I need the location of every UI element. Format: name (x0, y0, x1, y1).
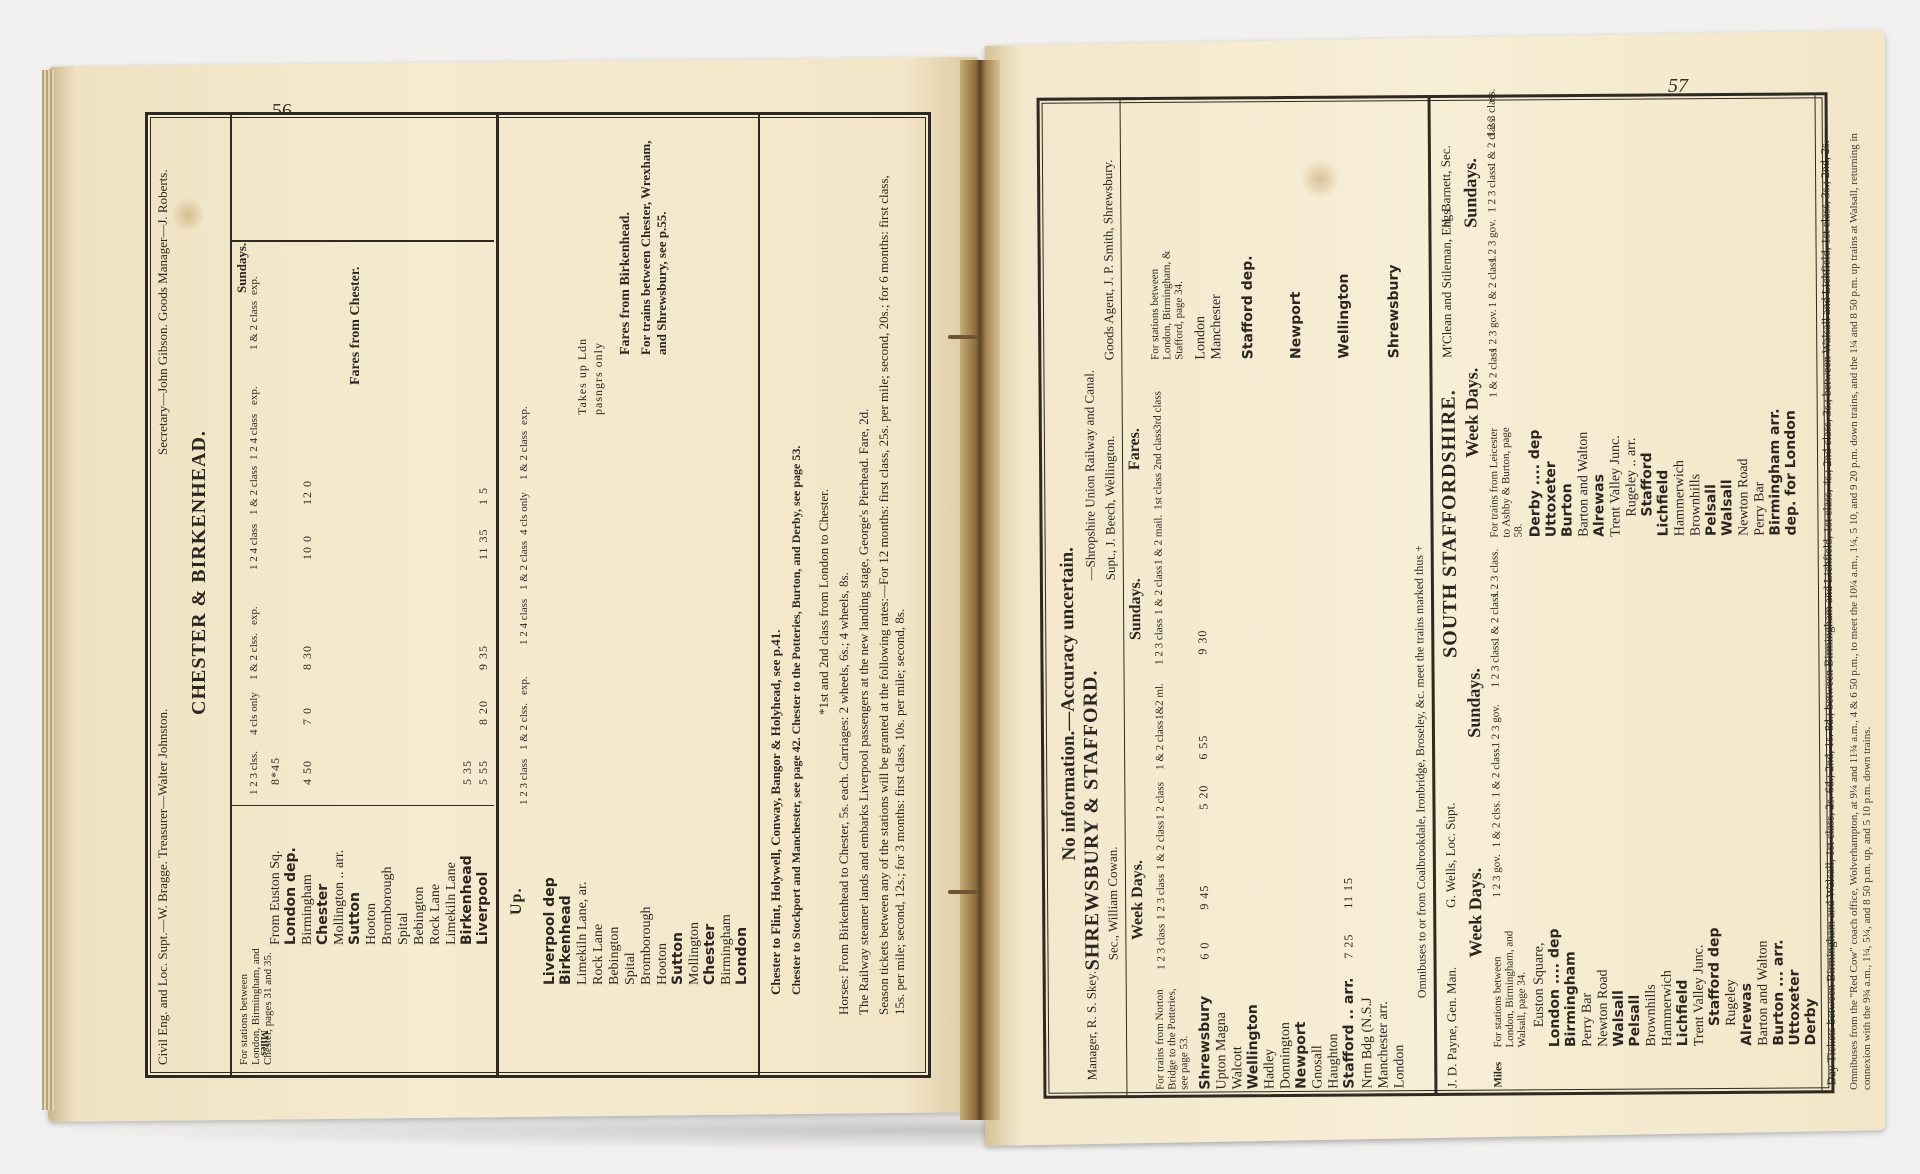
down-time: 8 20 (476, 700, 490, 725)
sundays-divider (232, 240, 494, 242)
ss-col-header: 1 & 2 class. (1489, 591, 1501, 643)
ss-station-alrewas: Alrewas (1740, 983, 1755, 1046)
up-col-header: 1 2 3 class (518, 759, 530, 805)
up-col-header: 4 cls only (518, 492, 530, 535)
station-mollington: Mollington .. arr. (332, 850, 347, 945)
ss-col-header: 1 2 3 class (1155, 874, 1167, 920)
ss-time: 7 25 (1341, 934, 1355, 959)
ss-station-newton-road: Newton Road (1596, 969, 1612, 1046)
station-up-bromborough: Bromborough (639, 906, 654, 985)
station-liverpool: Liverpool (476, 872, 491, 945)
up-station: Newport (1289, 292, 1304, 359)
ss-station-lichfield: Lichfield (1676, 980, 1691, 1047)
ss-time: 5 20 (1196, 785, 1210, 810)
down-col-header: 1 & 2 class (248, 466, 260, 515)
ss-station-uttoxeter: Uttoxeter (1788, 969, 1804, 1045)
ss-up-col-header: 1 & 2 class (1487, 348, 1499, 397)
ss-col-header: 1 2 3 class (1153, 619, 1165, 665)
ss-col-header: 1 & 2 class (1153, 566, 1165, 615)
ss-station-burton: Burton ... arr. (1771, 939, 1787, 1045)
ss-up-lichfield: Lichfield (1656, 470, 1671, 537)
footnote-horses: Horses: From Birkenhead to Chester, 5s. … (836, 572, 852, 1015)
down-time: 7 0 (300, 707, 314, 725)
binding-stitch-bottom (948, 890, 978, 894)
ss-col-header: 1 2 3 class. (1489, 549, 1501, 598)
station-london: London dep. (284, 847, 299, 945)
down-col-header: 1 2 3 clss. (248, 751, 260, 795)
book-spine (960, 60, 1000, 1120)
ss-station-walsall: Walsall (1612, 990, 1627, 1047)
up-station: Manchester (1209, 294, 1224, 359)
omnibus-note: Omnibuses to or from Coalbrookdale, Iron… (1411, 545, 1430, 998)
station-rock-lane: Rock Lane (428, 884, 443, 945)
down-time: 10 0 (300, 535, 314, 560)
station-manchester: Manchester arr. (1376, 1001, 1392, 1088)
paper-stain (1300, 159, 1340, 199)
omnibuses-note: Omnibuses from the "Red Cow" coach offic… (1848, 90, 1874, 1090)
down-time: 8*45 (268, 757, 282, 785)
ss-station-stafford: Stafford dep (1707, 927, 1723, 1026)
station-up-spital: Spital (623, 952, 638, 985)
station-up-rock-lane: Rock Lane (591, 924, 606, 985)
ss-up-pelsall: Pelsall (1704, 484, 1719, 536)
ss-up-barton: Barton and Walton (1576, 432, 1592, 537)
up-exp-note: Takes up Ldn (575, 338, 589, 415)
ss-up-note: For trains from Leicester to Ashby & Bur… (1488, 417, 1525, 537)
station-up-hooton: Hooton (655, 943, 670, 985)
paper-stain (173, 195, 203, 235)
station-birkenhead: Birkenhead (460, 855, 475, 945)
down-note: For trains from Norton Bridge to the Pot… (1154, 980, 1191, 1090)
station-spital: Spital (396, 912, 411, 945)
ss-station-perry-bar: Perry Bar (1580, 993, 1595, 1047)
ss-time: 6 55 (1196, 735, 1210, 760)
down-col-header: 1 & 2 class (248, 301, 260, 350)
footnote-divider (758, 115, 760, 1075)
ss-official: G. Wells, Loc. Supt. (1442, 803, 1459, 908)
up-col-header: 1 2 4 class (518, 599, 530, 645)
down-col-header: exp. (248, 386, 260, 405)
ss-up-alrewas: Alrewas (1592, 474, 1607, 537)
station-sutton: Sutton (348, 892, 363, 945)
station-up-limekiln: Limekiln Lane, ar. (575, 882, 590, 985)
ss-time: 9 45 (1197, 885, 1211, 910)
station-wellington: Wellington (1246, 1004, 1262, 1089)
officials-right: Secretary—John Gibson. Goods Manager—J. … (154, 135, 171, 455)
station-up-london: London (735, 927, 750, 985)
ss-week-days-up: Week Days. (1461, 368, 1483, 458)
station-shrewsbury: Shrewsbury (1198, 996, 1214, 1090)
ss-up-walsall: Walsall (1720, 479, 1735, 536)
ss-up-burton: Burton (1560, 483, 1575, 537)
ss-up-newton-road: Newton Road (1736, 458, 1752, 535)
station-haughton: Haughton (1326, 1033, 1341, 1088)
ss-up-rugeley: Rugeley .. arr. (1624, 438, 1640, 517)
fare-col: 3rd class (1152, 391, 1164, 430)
ss-up-col-header: 1 2 3 class. (1485, 89, 1497, 138)
section-divider (230, 115, 232, 1075)
fares-label: Fares. (1126, 428, 1144, 470)
down-col-header: 4 cls only (248, 692, 260, 735)
station-euston: From Euston Sq. (268, 850, 283, 945)
ss-col-header: 1 2 3 class (1155, 924, 1167, 970)
ss-station-barton: Barton and Walton (1755, 941, 1771, 1046)
ss-up-birmingham: Birmingham arr. (1768, 408, 1784, 535)
ss-station-euston: Euston Square, (1531, 942, 1547, 1027)
ss-miles-label: Miles (1492, 1062, 1504, 1088)
ss-up-stafford: Stafford (1640, 452, 1655, 516)
week-days-label: Week Days. (1129, 860, 1148, 940)
ss-up-trent-valley: Trent Valley Junc. (1608, 435, 1624, 537)
ss-col-header: 1 2 3 class. (1489, 639, 1501, 688)
down-time: 11 35 (476, 528, 490, 560)
station-bromborough: Bromborough (380, 866, 395, 945)
ss-col-header: 1 2 3 gov. (1490, 704, 1502, 747)
shrewsbury-stafford-title: SHREWSBURY & STAFFORD. (1080, 670, 1105, 971)
down-stations: From Euston Sq. (268, 850, 283, 945)
ss-official: M'Clean and Stileman, Engs. (1438, 206, 1455, 358)
ss-down-note: For stations between London, Birmingham,… (1491, 927, 1528, 1047)
fare-col: 2nd class (1152, 429, 1164, 470)
station-up-liverpool: Liverpool dep (543, 877, 558, 985)
ss-up-hammerwich: Hammerwich (1672, 460, 1688, 536)
up-station: Wellington (1337, 273, 1353, 358)
ss-station-birmingham: Birmingham (1563, 951, 1579, 1047)
ss-official: H. Barnett, Sec. (1438, 145, 1455, 228)
up-exp-note: pasngrs only (591, 342, 605, 415)
up-col-header: 1 & 2 class (518, 541, 530, 590)
page-edges (42, 70, 54, 1110)
page-title: CHESTER & BIRKENHEAD. (188, 430, 211, 715)
footnote-season-tickets: Season tickets between any of the statio… (876, 155, 908, 1015)
down-time: 1 5 (476, 487, 490, 505)
up-station: Stafford dep. (1241, 255, 1257, 359)
up-col-header: exp. (518, 406, 530, 425)
ss-up-col-header: 1 2 3 class. (1486, 164, 1498, 213)
up-col-header: exp. (518, 676, 530, 695)
side-reference-2: Chester to Stockport and Manchester, see… (788, 446, 804, 995)
station-gnosall: Gnosall (1310, 1045, 1325, 1089)
station-up-mollington: Mollington (687, 922, 702, 985)
footnote-steamer: The Railway steamer lands and embarks Li… (856, 409, 872, 1015)
ss-up-uttoxeter: Uttoxeter (1544, 461, 1560, 537)
ss-week-days: Week Days. (1465, 868, 1487, 958)
down-time: 5 55 (476, 760, 490, 785)
up-label: Up. (508, 888, 526, 915)
up-station: Shrewsbury (1387, 264, 1403, 358)
ss-official: J. D. Payne, Gen. Man. (1444, 967, 1461, 1088)
ss-time: 11 15 (1341, 877, 1355, 909)
binding-stitch-top (948, 335, 978, 339)
station-stafford: Stafford .. arr. (1342, 977, 1358, 1088)
official-manager: Manager, R. S. Skey. (1084, 971, 1101, 1081)
ss-time: 6 0 (1197, 942, 1211, 960)
ss-station-brownhills: Brownhills (1644, 984, 1659, 1046)
ss-col-header: 1 & 2 clss. (1490, 800, 1502, 847)
station-walcott: Walcott (1230, 1046, 1245, 1089)
station-newport: Newport (1294, 1022, 1309, 1089)
official-superintendent: Supt., J. Beech, Wellington. (1102, 436, 1119, 581)
shrewsbury-subtitle: —Shropshire Union Railway and Canal. (1081, 370, 1098, 581)
sundays-label: Sundays. (234, 243, 250, 293)
ss-col-header: 1 & 2 class (1154, 721, 1166, 770)
ss-col-header: 1 & 2 mail. (1152, 515, 1164, 565)
up-station: London (1193, 316, 1208, 360)
ss-station-london: London .... dep (1547, 928, 1563, 1047)
down-time: 8 30 (300, 645, 314, 670)
fare-col: 1st class (1152, 473, 1164, 510)
official-goods-agent: Goods Agent, J. P. Smith, Shrewsbury. (1100, 160, 1117, 361)
station-up-chester: Chester (703, 924, 718, 985)
ss-sundays: Sundays. (1464, 668, 1485, 738)
ss-up-col-header: 1 2 3 gov. (1487, 309, 1499, 352)
down-col-header: 1 2 4 class (248, 414, 260, 460)
down-time: 4 50 (300, 760, 314, 785)
ss-col-header: 1 2 3 gov. (1491, 854, 1503, 897)
ss-up-london: dep. for London (1784, 410, 1800, 535)
ss-station-hammerwich: Hammerwich (1660, 970, 1676, 1046)
station-up-birkenhead: Birkenhead (559, 895, 574, 985)
official-secretary: Sec., William Cowan. (1105, 847, 1122, 961)
ss-col-header: 1 2 class (1154, 782, 1166, 820)
station-up-sutton: Sutton (671, 932, 686, 985)
ss-col-header: 1 & 2 class (1155, 821, 1167, 870)
ss-up-derby: Derby .... dep (1528, 430, 1544, 538)
station-hooton: Hooton (364, 903, 379, 945)
down-time: 5 35 (460, 760, 474, 785)
ss-up-col-header: 1 2 3 gov. (1486, 219, 1498, 262)
side-reference-1: Chester to Flint, Holywell, Conway, Bang… (768, 630, 784, 995)
ss-station-derby: Derby (1804, 998, 1819, 1045)
station-up-birmingham: Birmingham (719, 914, 734, 985)
down-col-header: 1 2 4 class (248, 524, 260, 570)
fares-from-chester: Fares from Chester. (348, 267, 364, 385)
sundays-label: Sundays. (1127, 578, 1145, 640)
station-hadley: Hadley (1262, 1049, 1277, 1090)
down-time: 12 0 (300, 480, 314, 505)
ss-up-perry-bar: Perry Bar (1752, 482, 1767, 536)
down-header-rule (232, 805, 494, 806)
station-donnington: Donnington (1278, 1022, 1293, 1089)
fares-from-birkenhead: Fares from Birkenhead. (618, 212, 634, 355)
chester-birkenhead-frame: Civil Eng. and Loc. Supt.—W. Bragge. Tre… (145, 112, 931, 1078)
ss-station-rugeley: Rugeley (1724, 979, 1739, 1026)
up-section-divider (496, 115, 499, 1075)
station-bebington: Bebington (412, 887, 427, 945)
station-upton-magna: Upton Magna (1214, 1012, 1230, 1089)
ss-station-trent-valley: Trent Valley Junc. (1691, 945, 1707, 1047)
right-timetable-frame: No information.—Accuracy uncertain. SHRE… (1037, 92, 1835, 1098)
south-staffordshire-title: SOUTH STAFFORDSHIRE. (1438, 389, 1463, 658)
ss-time: 9 30 (1195, 630, 1209, 655)
station-norton-bridge: Nrtn Bdg (N.S.J (1360, 997, 1376, 1088)
ss-up-brownhills: Brownhills (1688, 474, 1703, 536)
station-london: London (1392, 1045, 1407, 1089)
down-col-header: exp. (248, 606, 260, 625)
station-up-bebington: Bebington (607, 927, 622, 985)
station-limekiln-lane: Limekiln Lane (444, 862, 459, 945)
cross-reference-wrexham: For trains between Chester, Wrexham, and… (638, 135, 670, 355)
down-col-header: 1 & 2 clss. (248, 633, 260, 680)
station-chester: Chester (316, 884, 331, 945)
ss-sundays-up: Sundays. (1460, 158, 1481, 228)
ss-col-header: 1 & 2 class. (1490, 746, 1502, 798)
footnote-first-class: *1st and 2nd class from London to Cheste… (816, 489, 832, 715)
officials-left: Civil Eng. and Loc. Supt.—W. Bragge. Tre… (154, 635, 171, 1065)
up-col-header: 1 & 2 clss. (518, 703, 530, 750)
ss-col-header: 1&2 ml. (1154, 683, 1166, 720)
station-birmingham: Birmingham (300, 874, 315, 945)
miles-label: Miles (258, 1030, 270, 1056)
ss-up-col-header: 1 & 2 class. (1487, 256, 1499, 308)
up-col-header: 1 & 2 class (518, 431, 530, 480)
ss-station-pelsall: Pelsall (1628, 995, 1643, 1047)
accuracy-notice: No information.—Accuracy uncertain. (1057, 547, 1081, 861)
down-time: 9 35 (476, 645, 490, 670)
up-note: For stations between London, Birmingham,… (1149, 250, 1186, 360)
